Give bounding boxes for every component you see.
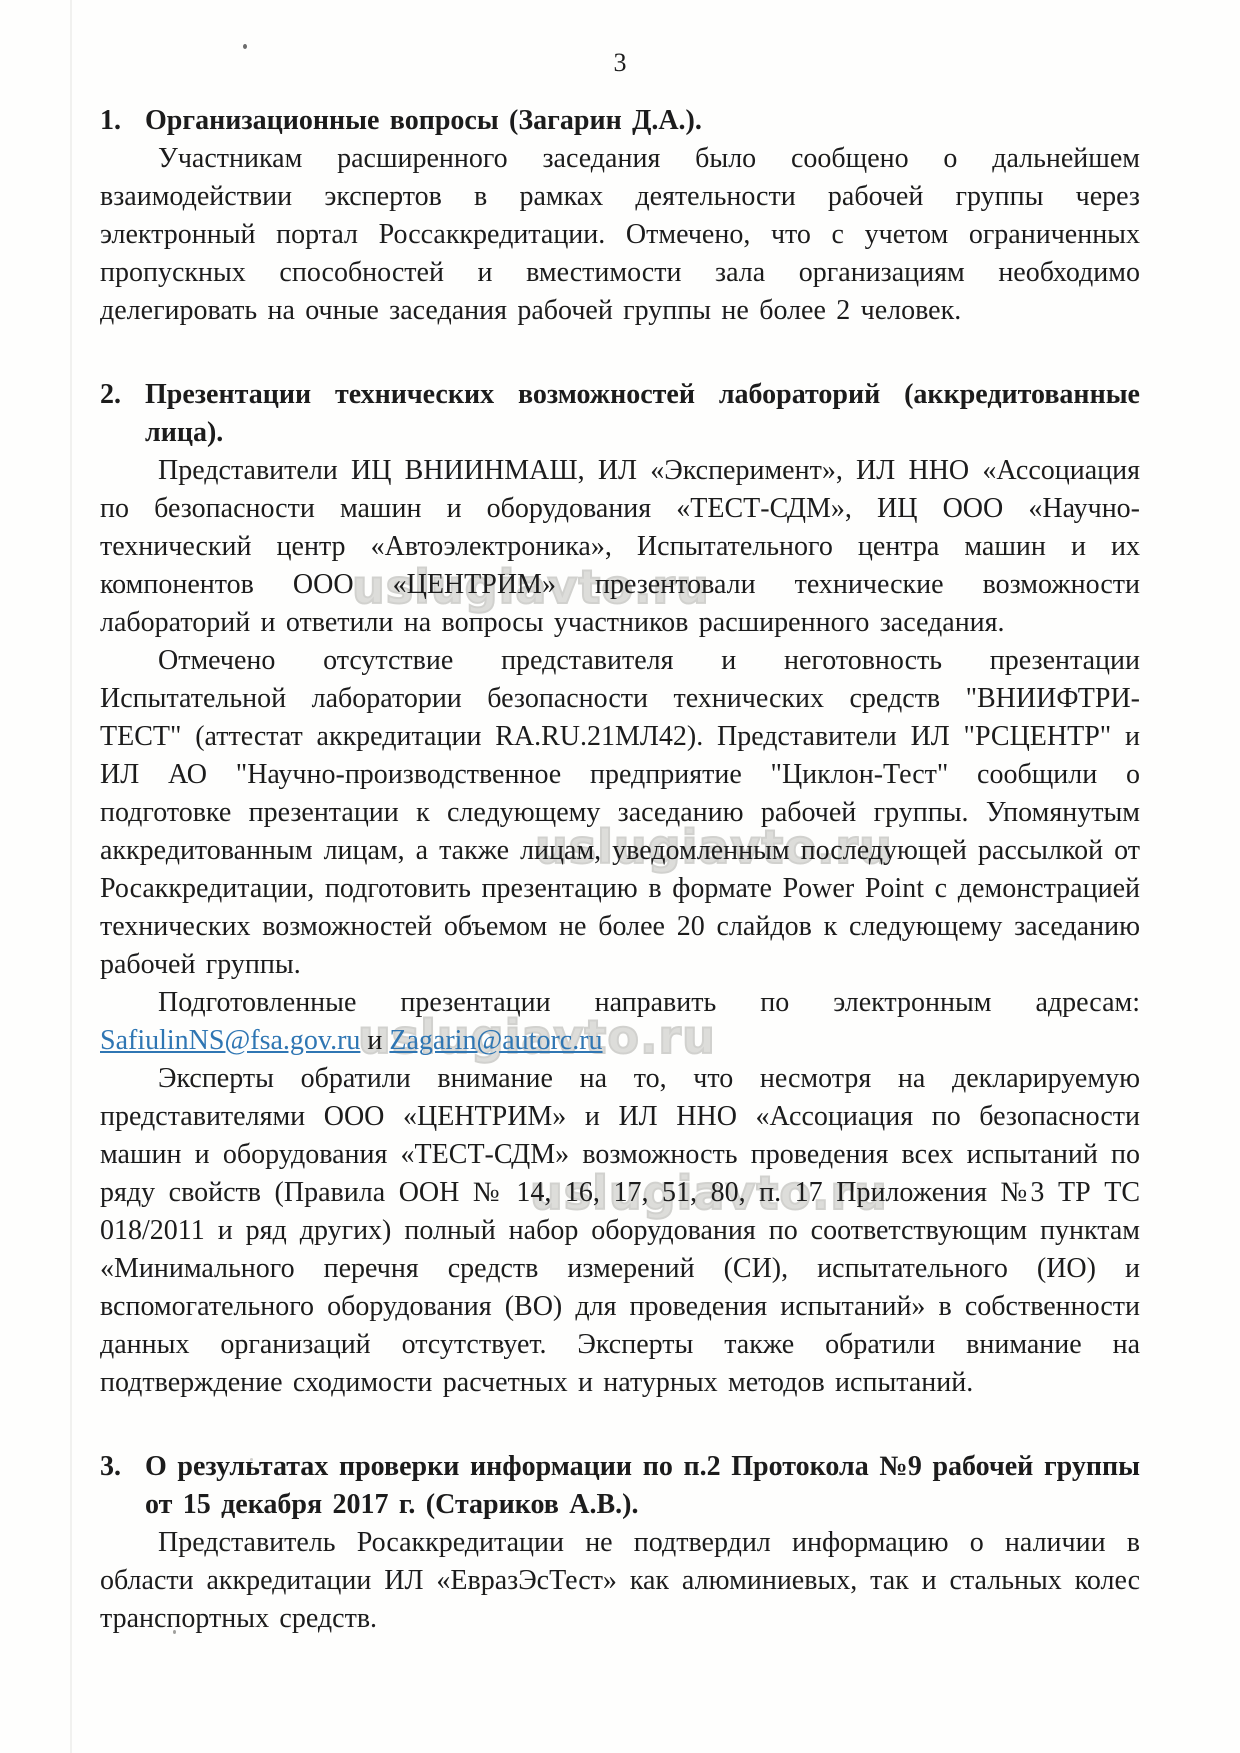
section-heading: 3. О результатах проверки информации по … [100,1448,1140,1524]
email-link-zagarin[interactable]: Zagarin@autorc.ru [389,1025,602,1056]
paragraph: Эксперты обратили внимание на то, что не… [100,1060,1140,1402]
email-separator: и [367,1025,382,1056]
section-number: 2. [100,376,121,414]
section-heading-text: Презентации технических возможностей лаб… [145,379,1140,448]
section-number: 1. [100,102,121,140]
email-line: SafiulinNS@fsa.gov.ru и Zagarin@autorc.r… [100,1022,1140,1060]
page-number: 3 [100,44,1140,82]
email-link-safiulin[interactable]: SafiulinNS@fsa.gov.ru [100,1025,360,1056]
section-heading: 1. Организационные вопросы (Загарин Д.А.… [100,102,1140,140]
section-heading-text: О результатах проверки информации по п.2… [145,1451,1140,1520]
paragraph: Участникам расширенного заседания было с… [100,140,1140,330]
section-protocol-check-results: 3. О результатах проверки информации по … [100,1448,1140,1638]
section-heading-text: Организационные вопросы (Загарин Д.А.). [145,105,702,136]
section-heading: 2. Презентации технических возможностей … [100,376,1140,452]
paragraph: Представитель Росаккредитации не подтвер… [100,1524,1140,1638]
paragraph: Представители ИЦ ВНИИНМАШ, ИЛ «Экспериме… [100,452,1140,642]
paragraph: Подготовленные презентации направить по … [100,984,1140,1022]
section-organizational-questions: 1. Организационные вопросы (Загарин Д.А.… [100,102,1140,330]
document-content: 3 1. Организационные вопросы (Загарин Д.… [0,0,1240,1638]
section-number: 3. [100,1448,121,1486]
paragraph: Отмечено отсутствие представителя и него… [100,642,1140,984]
section-lab-presentations: 2. Презентации технических возможностей … [100,376,1140,1402]
scanned-document-page: uslugiavto.ru uslugiavto.ru uslugiavto.r… [0,0,1240,1753]
